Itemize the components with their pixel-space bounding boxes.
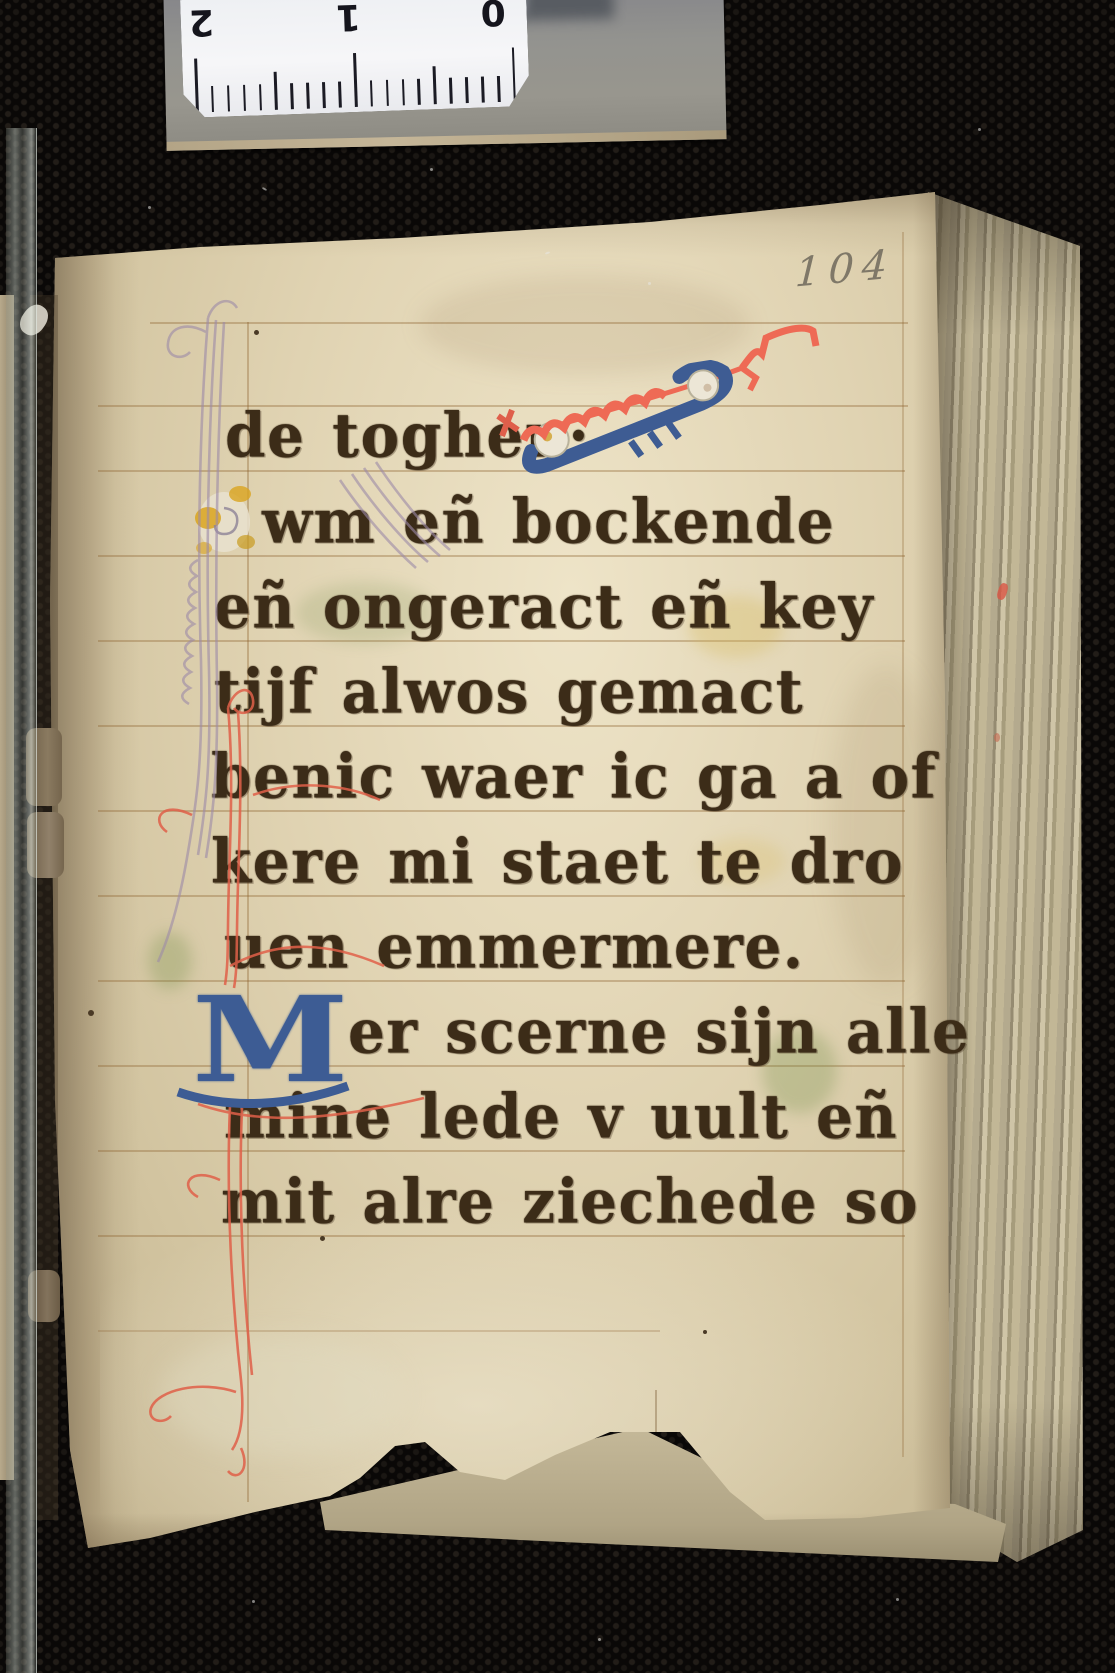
page-number: 104 [794, 241, 896, 296]
ruler-tick [433, 66, 437, 104]
ruler-tick [290, 83, 293, 109]
ruler-tick [386, 80, 389, 106]
text-line: uen emmermere. [224, 911, 804, 982]
text-line: benic waer ic ga a of [211, 741, 937, 812]
ruler-tick [259, 84, 262, 110]
ink-speck [703, 1330, 707, 1334]
ruler-label-2: 2 [188, 1, 214, 43]
ruler-label-0: 0 [480, 0, 506, 33]
gold-initial-remnant [194, 478, 264, 568]
dust-speck [430, 168, 433, 171]
ruler-tick [211, 86, 214, 112]
ruled-line [98, 1330, 660, 1332]
dust-speck [896, 1598, 899, 1601]
parchment-stain [420, 275, 750, 375]
dust-speck [648, 282, 651, 285]
parchment-stain [160, 1335, 400, 1455]
text-line: tijf alwos gemact [214, 656, 804, 727]
text-line: eñ ongeract eñ key [214, 571, 874, 642]
dust-speck [148, 206, 151, 209]
ruler-tick [243, 85, 246, 111]
photograph-black-cloth-background: { "scale_ruler": { "labels": ["2", "1", … [0, 0, 1115, 1673]
ruler-ticks [194, 45, 529, 113]
ruler-tick [274, 72, 278, 110]
ruler-tick [306, 83, 309, 109]
ruler-tick [338, 82, 341, 108]
green-smudge [148, 932, 192, 990]
ruler-tick [512, 47, 516, 101]
ruler: 2 1 0 [180, 0, 530, 118]
ruler-tick [353, 53, 357, 107]
ruler-tick [194, 59, 198, 113]
ruler-tick [402, 79, 405, 105]
dust-speck [252, 1600, 255, 1603]
ruled-line [150, 322, 908, 324]
card-cardboard-edge [166, 130, 726, 151]
text-line: wm eñ bockende [262, 486, 835, 557]
glass-strip [6, 128, 37, 1673]
ruler-tick [322, 82, 325, 108]
ruler-tick [481, 77, 484, 103]
ruler-tick [449, 78, 452, 104]
ruler-label-1: 1 [335, 0, 361, 38]
dust-speck [978, 128, 981, 131]
text-line: mit alre ziechede so [221, 1166, 919, 1237]
fore-edge-red-mark-small [994, 733, 1000, 742]
ruler-tick [497, 76, 500, 102]
dust-speck [262, 187, 267, 191]
ink-speck [88, 1010, 94, 1016]
ruler-tick [227, 85, 230, 111]
text-line: er scerne sijn alle [348, 996, 970, 1067]
ruler-tick [417, 79, 420, 105]
page-top-edge-shadow [40, 185, 955, 257]
text-line: kere mi staet te dro [211, 826, 904, 897]
parchment-stain [830, 665, 940, 985]
ink-speck [254, 330, 259, 335]
text-line: mine lede v uult eñ [224, 1081, 898, 1152]
ruler-tick [465, 77, 468, 103]
dust-speck [598, 1638, 601, 1641]
ruler-tick [370, 80, 373, 106]
